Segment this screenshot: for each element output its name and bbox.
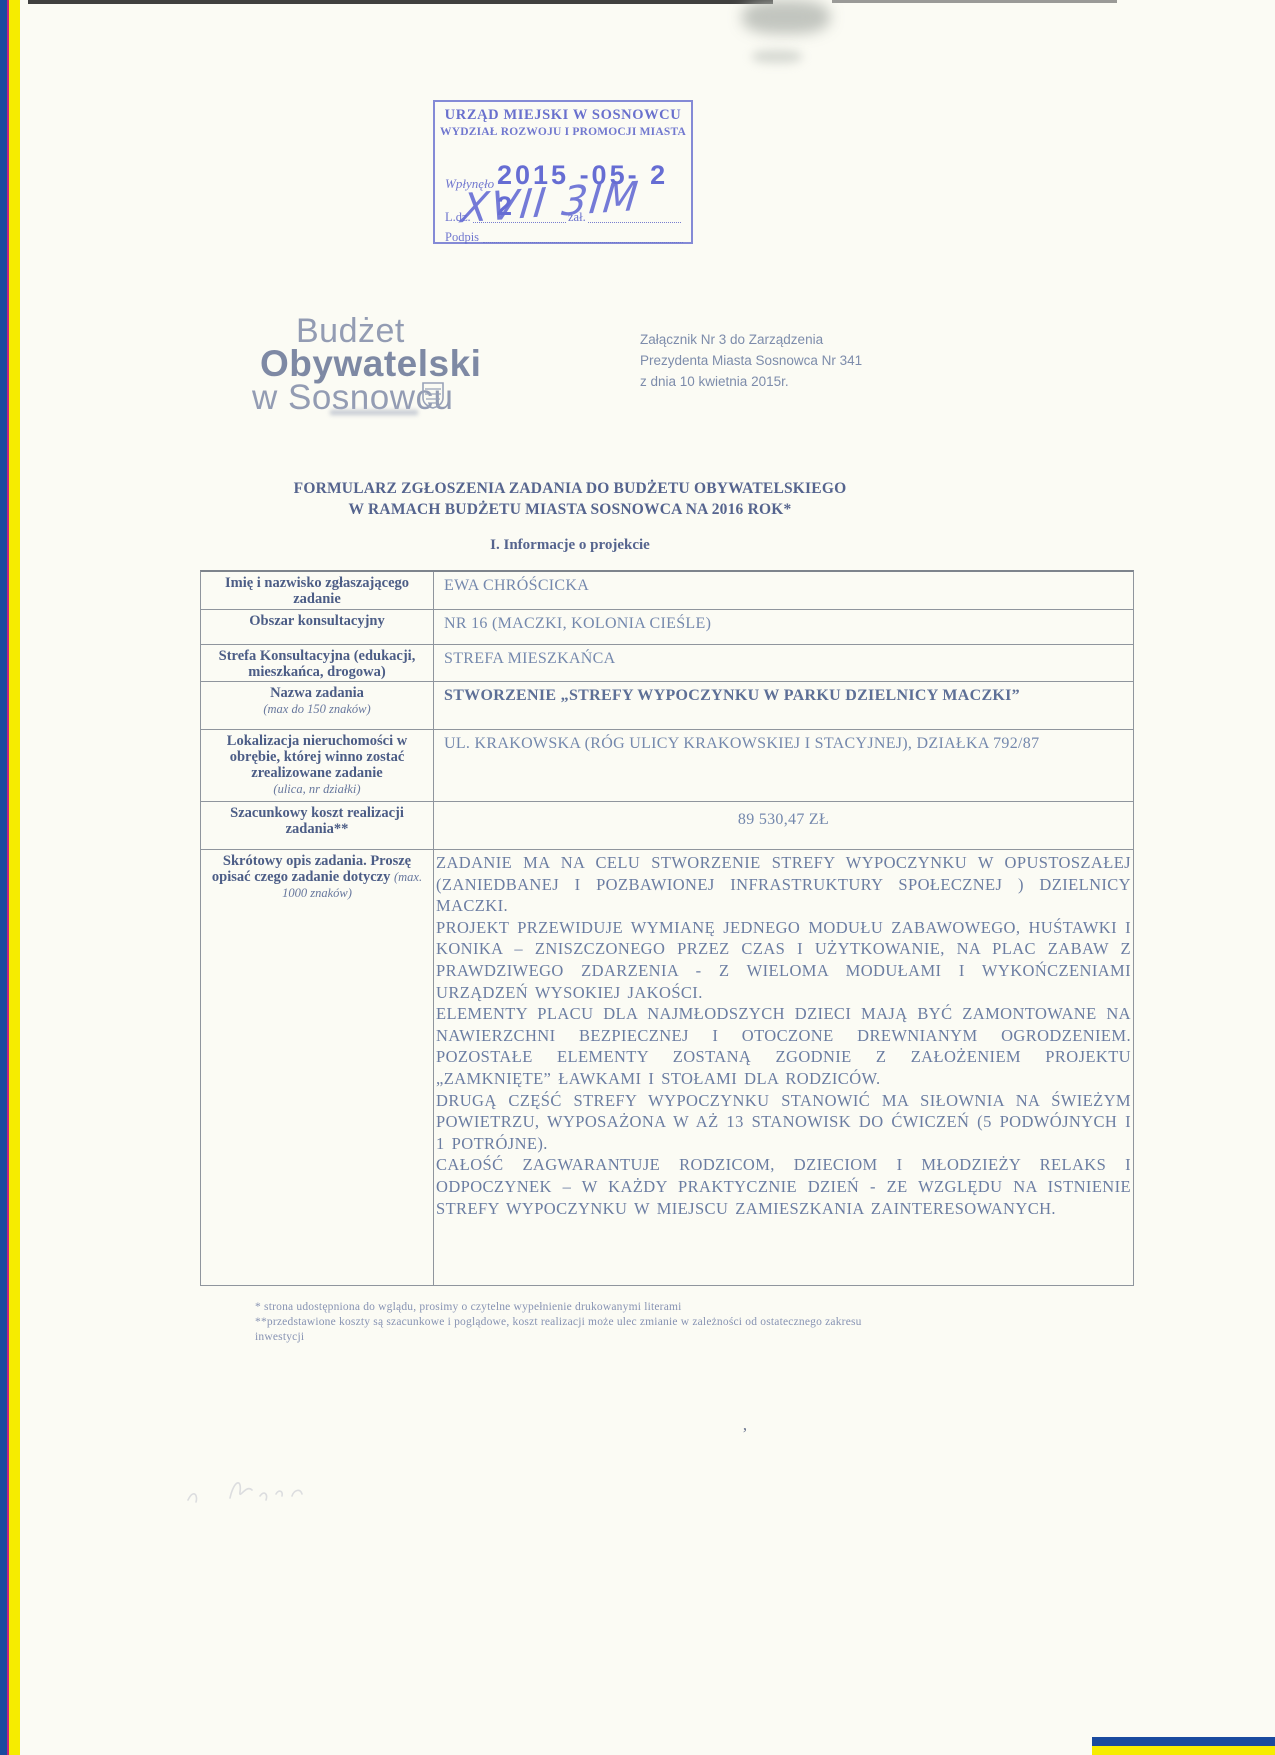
city-crest-icon [422,382,444,414]
stray-pen-mark: ’ [742,1424,748,1444]
office-received-stamp: URZĄD MIEJSKI W SOSNOWCU WYDZIAŁ ROZWOJU… [433,100,693,244]
footnote-line: * strona udostępniona do wglądu, prosimy… [255,1300,1095,1315]
table-row: Skrótowy opis zadania. Proszę opisać cze… [201,850,1133,1285]
row-label-consultation-area: Obszar konsultacyjny [201,610,434,644]
scanned-form-page: URZĄD MIEJSKI W SOSNOWCU WYDZIAŁ ROZWOJU… [0,0,1275,1755]
location-label: Lokalizacja nieruchomości w obrębie, któ… [210,733,424,781]
scan-smudge [742,0,830,34]
section-heading: I. Informacje o projekcie [140,537,1000,554]
task-name-label: Nazwa zadania [210,685,424,701]
form-title-line1: FORMULARZ ZGŁOSZENIA ZADANIA DO BUDŻETU … [140,478,1000,499]
footnote-line: **przedstawione koszty są szacunkowe i p… [255,1315,1095,1330]
short-description-label: Skrótowy opis zadania. Proszę opisać cze… [212,853,411,885]
description-paragraph: DRUGĄ CZĘŚĆ STREFY WYPOCZYNKU STANOWIĆ M… [436,1090,1131,1155]
stamp-dotted-line [483,230,683,243]
table-row: Szacunkowy koszt realizacji zadania** 89… [201,802,1133,850]
row-value-applicant-name: EWA CHRÓŚCICKA [434,572,1133,609]
scan-edge-navy-bar [0,0,7,1755]
task-name-sublabel: (max do 150 znaków) [210,702,424,716]
row-value-short-description: ZADANIE MA NA CELU STWORZENIE STREFY WYP… [434,850,1133,1285]
footnote-line: inwestycji [255,1330,1095,1345]
row-value-consultation-zone: STREFA MIESZKAŃCA [434,645,1133,681]
row-value-task-name: STWORZENIE „STREFY WYPOCZYNKU W PARKU DZ… [434,682,1133,729]
scan-bottom-right-yellow [1092,1746,1275,1755]
faint-pencil-scribble [180,1470,370,1520]
row-label-estimated-cost: Szacunkowy koszt realizacji zadania** [201,802,434,849]
row-label-location: Lokalizacja nieruchomości w obrębie, któ… [201,730,434,801]
table-row: Imię i nazwisko zgłaszającego zadanie EW… [201,572,1133,610]
row-label-task-name: Nazwa zadania (max do 150 znaków) [201,682,434,729]
row-label-short-description: Skrótowy opis zadania. Proszę opisać cze… [201,850,434,1285]
description-paragraph: PROJEKT PRZEWIDUJE WYMIANĘ JEDNEGO MODUŁ… [436,917,1131,1003]
logo-tagline-smudge [330,410,418,415]
scan-bottom-right-navy [1092,1737,1275,1746]
table-row: Strefa Konsultacyjna (edukacji, mieszkań… [201,645,1133,682]
location-sublabel: (ulica, nr działki) [210,782,424,796]
description-paragraph: CAŁOŚĆ ZAGWARANTUJE RODZICOM, DZIECIOM I… [436,1154,1131,1219]
row-label-consultation-zone: Strefa Konsultacyjna (edukacji, mieszkań… [201,645,434,681]
scan-top-line [28,0,773,4]
form-title: FORMULARZ ZGŁOSZENIA ZADANIA DO BUDŻETU … [140,478,1000,520]
scan-smudge-small [752,50,802,63]
scan-top-line-right [832,0,1117,3]
attachment-note-line: Załącznik Nr 3 do Zarządzenia [640,329,862,350]
description-paragraph: ZADANIE MA NA CELU STWORZENIE STREFY WYP… [436,852,1131,917]
row-value-location: UL. KRAKOWSKA (RÓG ULICY KRAKOWSKIEJ I S… [434,730,1133,801]
stamp-signature-label: Podpis [445,230,479,245]
scan-edge-yellow-bar [9,0,20,1755]
stamp-department-name: WYDZIAŁ ROZWOJU I PROMOCJI MIASTA [435,126,691,138]
attachment-note-line: Prezydenta Miasta Sosnowca Nr 341 [640,350,862,371]
attachment-note-line: z dnia 10 kwietnia 2015r. [640,371,862,392]
row-label-applicant-name: Imię i nazwisko zgłaszającego zadanie [201,572,434,609]
table-row: Nazwa zadania (max do 150 znaków) STWORZ… [201,682,1133,730]
table-row: Obszar konsultacyjny NR 16 (MACZKI, KOLO… [201,610,1133,645]
row-value-consultation-area: NR 16 (MACZKI, KOLONIA CIEŚLE) [434,610,1133,644]
form-title-line2: W RAMACH BUDŻETU MIASTA SOSNOWCA NA 2016… [140,499,1000,520]
stamp-office-name: URZĄD MIEJSKI W SOSNOWCU [435,107,691,124]
stamp-signature-line: Podpis [445,230,683,245]
description-paragraph: ELEMENTY PLACU DLA NAJMŁODSZYCH DZIECI M… [436,1003,1131,1089]
row-value-estimated-cost: 89 530,47 ZŁ [434,802,1133,849]
project-info-table: Imię i nazwisko zgłaszającego zadanie EW… [200,570,1134,1286]
attachment-reference-note: Załącznik Nr 3 do ZarządzeniaPrezydenta … [640,329,862,392]
table-row: Lokalizacja nieruchomości w obrębie, któ… [201,730,1133,802]
footnotes: * strona udostępniona do wglądu, prosimy… [255,1300,1095,1345]
